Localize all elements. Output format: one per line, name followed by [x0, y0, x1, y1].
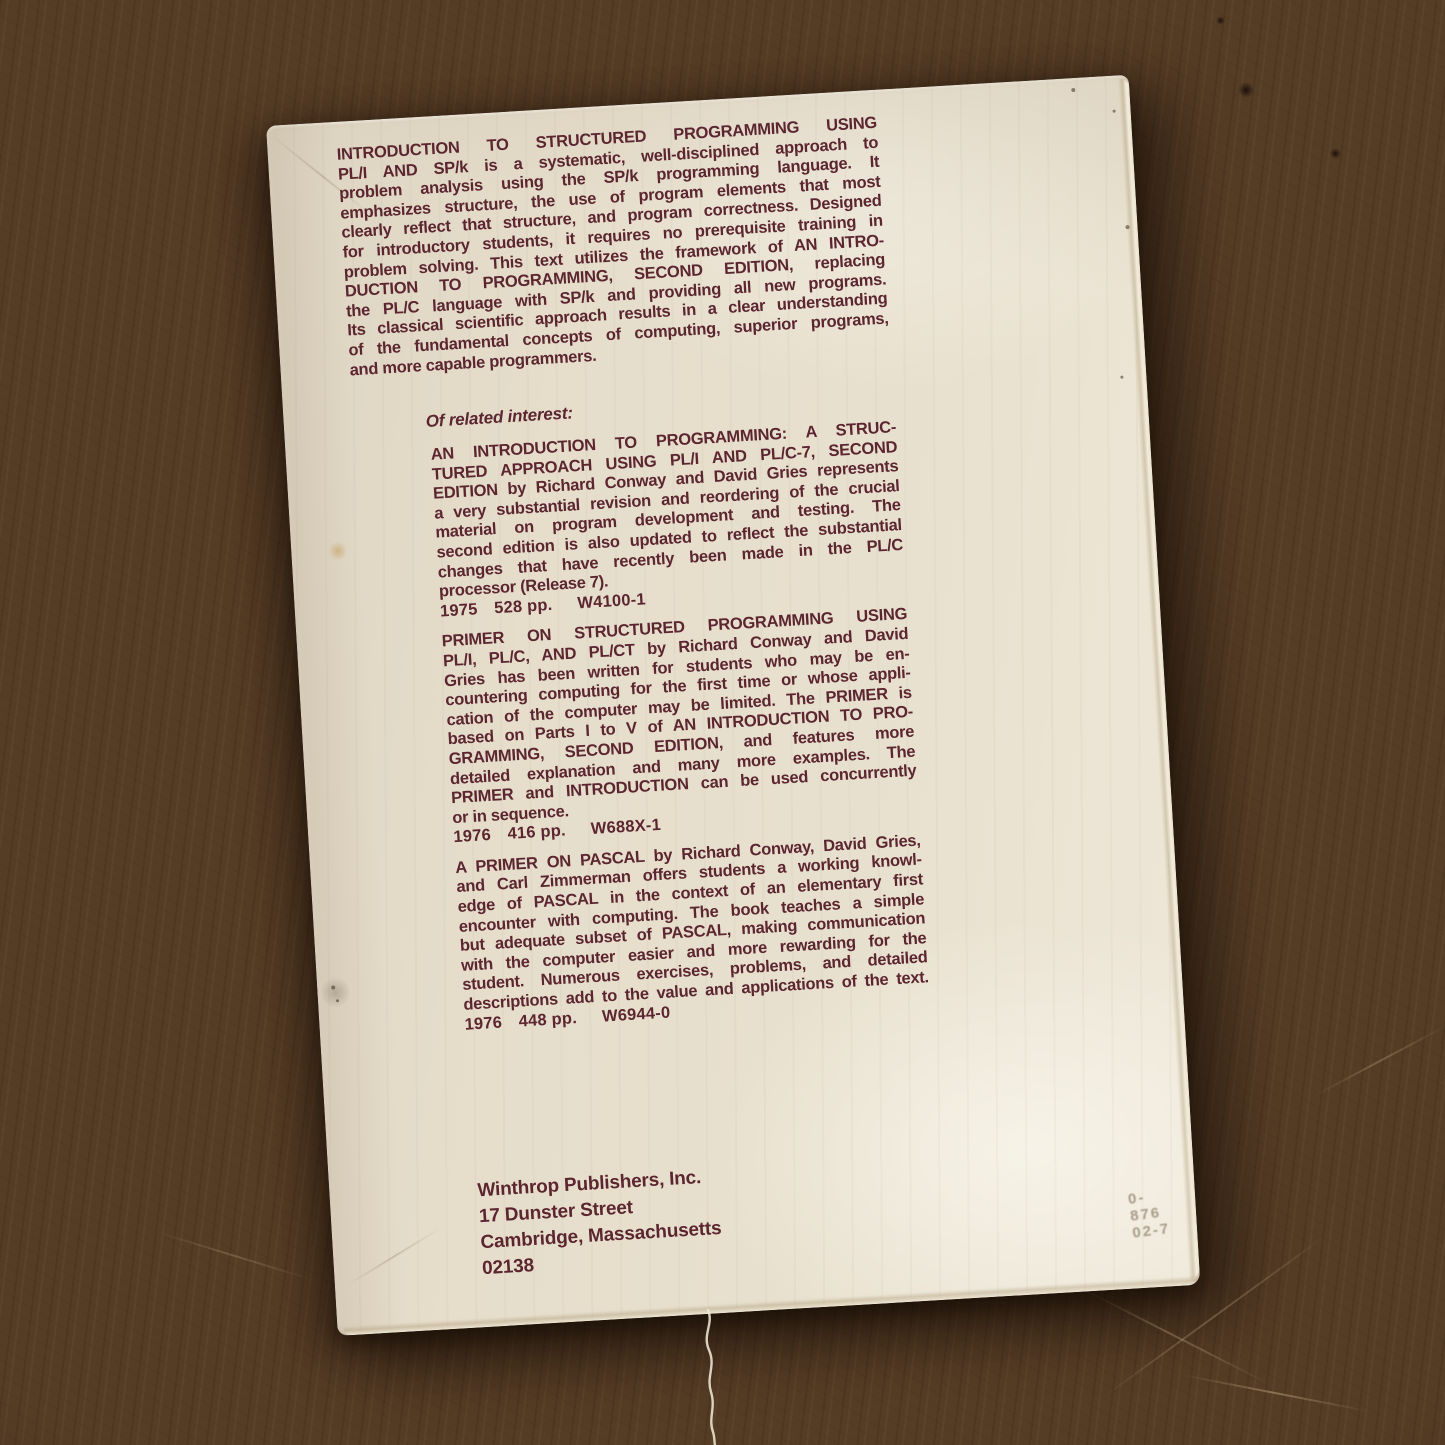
isbn-stamp: 0-876 02-7	[1127, 1183, 1199, 1242]
publisher-address: Winthrop Publishers, Inc.17 Dunster Stre…	[477, 1159, 803, 1282]
photo-scene: INTRODUCTION TO STRUCTURED PROGRAMMING U…	[0, 0, 1445, 1445]
related-book-2: PRIMER ON STRUCTURED PROGRAMMING USINGPL…	[441, 605, 919, 848]
related-book-1-text: AN INTRODUCTION TO PROGRAMMING: A STRUC-…	[430, 418, 904, 602]
related-book-1: AN INTRODUCTION TO PROGRAMMING: A STRUC-…	[430, 418, 906, 622]
thread	[698, 1308, 726, 1445]
book-back-cover: INTRODUCTION TO STRUCTURED PROGRAMMING U…	[266, 75, 1200, 1336]
related-books-list: AN INTRODUCTION TO PROGRAMMING: A STRUC-…	[430, 418, 930, 1035]
related-book-3: A PRIMER ON PASCAL by Richard Conway, Da…	[455, 831, 931, 1035]
related-book-2-text: PRIMER ON STRUCTURED PROGRAMMING USINGPL…	[441, 605, 918, 828]
intro-paragraph: INTRODUCTION TO STRUCTURED PROGRAMMING U…	[336, 114, 890, 381]
related-book-3-text: A PRIMER ON PASCAL by Richard Conway, Da…	[455, 831, 929, 1015]
